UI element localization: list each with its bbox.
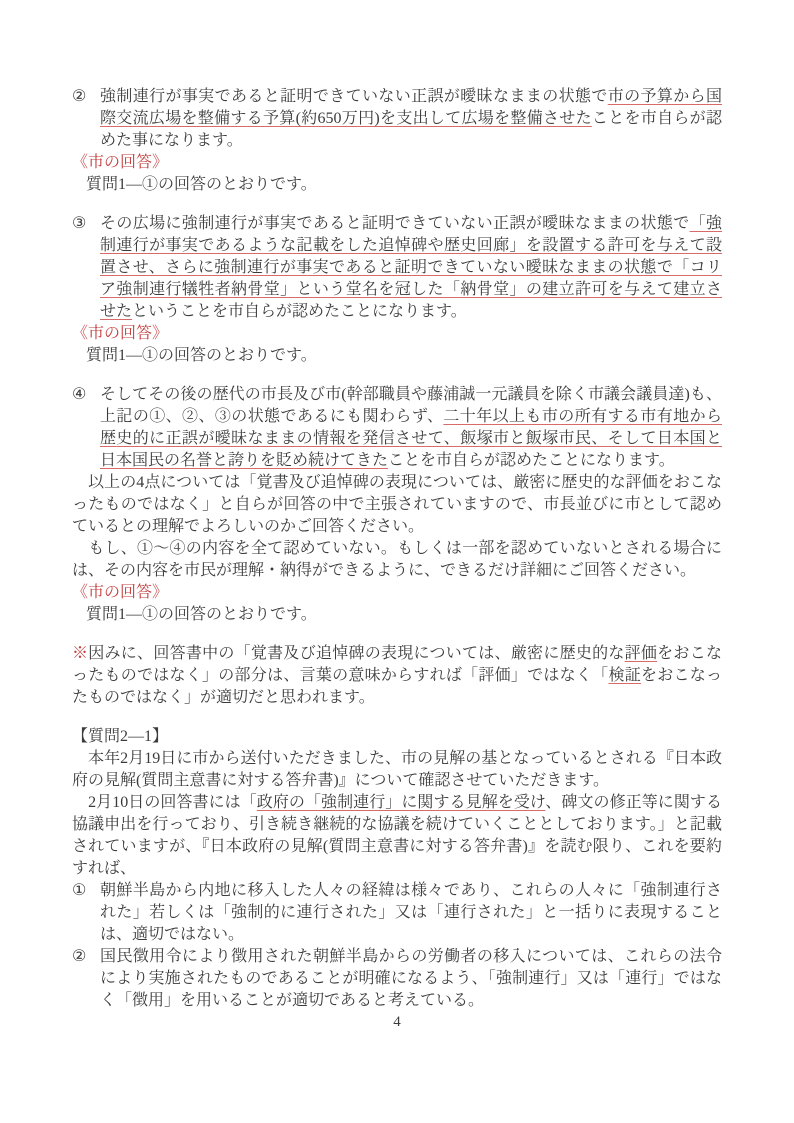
- text-run: 質問1―①の回答のとおりです。: [86, 606, 317, 623]
- item-marker: ①: [72, 880, 86, 902]
- para-15: 2月10日の回答書には「政府の「強制連行」に関する見解を受け、碑文の修正等に関す…: [72, 792, 722, 880]
- item-marker: ②: [72, 946, 86, 968]
- answer-label-5: 《市の回答》: [72, 323, 722, 345]
- text-run: 本年2月19日に市から送付いただきました、市の見解の基となっているとされる『日本…: [72, 750, 722, 789]
- red-text: 《市の回答》: [72, 325, 168, 342]
- text-run: 質問1―①の回答のとおりです。: [86, 347, 317, 364]
- item-1: ②強制連行が事実であると証明できていない正誤が曖昧なままの状態で市の予算から国際…: [72, 86, 722, 152]
- red-text: 《市の回答》: [72, 154, 168, 171]
- text-run: ことを市自らが認めたことになります。: [388, 452, 675, 469]
- text-run: ということを市自らが認めたことになります。: [132, 303, 467, 320]
- answer-3: 質問1―①の回答のとおりです。: [72, 174, 722, 196]
- text-run: 質問1―①の回答のとおりです。: [86, 176, 317, 193]
- red-text: ※: [72, 645, 88, 662]
- para-9: もし、①～④の内容を全て認めていない。もしくは一部を認めていないとされる場合には…: [72, 538, 722, 582]
- text-run: 以上の4点については「覚書及び追悼碑の表現については、厳密に歴史的な評価をおこな…: [72, 474, 722, 535]
- item-marker: ③: [72, 213, 86, 235]
- item-7: ④そしてその後の歴代の市長及び市(幹部職員や藤浦誠一元議員を除く市議会議員達)も…: [72, 384, 722, 472]
- item-16: ①朝鮮半島から内地に移入した人々の経緯は様々であり、これらの人々に「強制連行され…: [72, 880, 722, 946]
- text-run: その広場に強制連行が事実であると証明できていない正誤が曖昧なままの状態で: [100, 215, 690, 232]
- item-17: ②国民徴用令により徴用された朝鮮半島からの労働者の移入については、これらの法令に…: [72, 946, 722, 1012]
- text-run: 【質問2―1】: [72, 728, 168, 745]
- heading-13: 【質問2―1】: [72, 726, 722, 748]
- text-run: 朝鮮半島から内地に移入した人々の経緯は様々であり、これらの人々に「強制連行された…: [100, 882, 722, 943]
- underlined-text: 検証: [608, 667, 641, 684]
- page-number: 4: [0, 1012, 794, 1032]
- document-body: ②強制連行が事実であると証明できていない正誤が曖昧なままの状態で市の予算から国際…: [72, 86, 722, 1012]
- red-text: 《市の回答》: [72, 584, 168, 601]
- item-marker: ④: [72, 384, 86, 406]
- note-12: ※因みに、回答書中の「覚書及び追悼碑の表現については、厳密に歴史的な評価をおこな…: [72, 643, 722, 709]
- item-4: ③その広場に強制連行が事実であると証明できていない正誤が曖昧なままの状態で「強制…: [72, 213, 722, 323]
- text-run: 因みに、回答書中の「覚書及び追悼碑の表現については、厳密に歴史的な: [88, 645, 624, 662]
- answer-11: 質問1―①の回答のとおりです。: [72, 604, 722, 626]
- document-page: ②強制連行が事実であると証明できていない正誤が曖昧なままの状態で市の予算から国際…: [0, 0, 794, 1123]
- answer-6: 質問1―①の回答のとおりです。: [72, 345, 722, 367]
- item-marker: ②: [72, 86, 86, 108]
- text-run: 国民徴用令により徴用された朝鮮半島からの労働者の移入については、これらの法令によ…: [100, 948, 722, 1009]
- answer-label-2: 《市の回答》: [72, 152, 722, 174]
- text-run: 2月10日の回答書には「: [72, 794, 257, 811]
- underlined-text: 政府の「強制連行」に関する見解を受け: [257, 794, 546, 811]
- para-8: 以上の4点については「覚書及び追悼碑の表現については、厳密に歴史的な評価をおこな…: [72, 472, 722, 538]
- text-run: もし、①～④の内容を全て認めていない。もしくは一部を認めていないとされる場合には…: [72, 540, 722, 579]
- underlined-text: 評価: [625, 645, 658, 662]
- answer-label-10: 《市の回答》: [72, 582, 722, 604]
- para-14: 本年2月19日に市から送付いただきました、市の見解の基となっているとされる『日本…: [72, 748, 722, 792]
- text-run: 強制連行が事実であると証明できていない正誤が曖昧なままの状態で: [100, 88, 608, 105]
